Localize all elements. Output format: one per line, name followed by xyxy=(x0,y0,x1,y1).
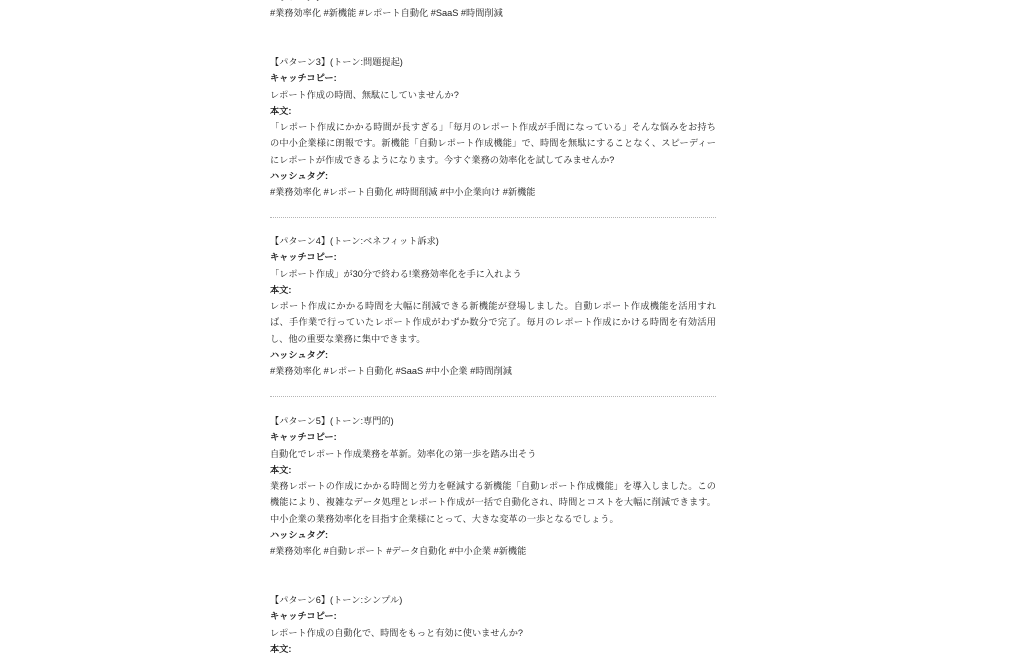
hashtag-line: #業務効率化 #レポート自動化 #時間削減 #中小企業向け #新機能 xyxy=(270,184,716,200)
catch-copy-text: 自動化でレポート作成業務を革新。効率化の第一歩を踏み出そう xyxy=(270,446,716,462)
body-label: 本文: xyxy=(270,103,716,119)
pattern-4-section: 【パターン4】(トーン:ベネフィット訴求) キャッチコピー: 「レポート作成」が… xyxy=(270,233,716,380)
pattern-header: 【パターン5】(トーン:専門的) xyxy=(270,413,716,429)
body-text-line: 「レポート作成にかかる時間が長すぎる」「毎月のレポート作成が手間になっている」そ… xyxy=(270,119,716,135)
previous-pattern-tail: ハッシュタグ: #業務効率化 #新機能 #レポート自動化 #SaaS #時間削減 xyxy=(270,0,716,22)
pattern-header: 【パターン6】(トーン:シンプル) xyxy=(270,592,716,608)
body-text-line: 中小企業の業務効率化を目指す企業様にとって、大きな変革の一歩となるでしょう。 xyxy=(270,511,716,527)
catch-copy-label: キャッチコピー: xyxy=(270,429,716,445)
hashtag-line: #業務効率化 #自動レポート #データ自動化 #中小企業 #新機能 xyxy=(270,543,716,559)
hashtag-label: ハッシュタグ: xyxy=(270,168,716,184)
pattern-6-section: 【パターン6】(トーン:シンプル) キャッチコピー: レポート作成の自動化で、時… xyxy=(270,592,716,657)
hashtag-line: #業務効率化 #レポート自動化 #SaaS #中小企業 #時間削減 xyxy=(270,363,716,379)
pattern-header: 【パターン4】(トーン:ベネフィット訴求) xyxy=(270,233,716,249)
catch-copy-label: キャッチコピー: xyxy=(270,249,716,265)
body-text-line: ば、手作業で行っていたレポート作成がわずか数分で完了。毎月のレポート作成にかける… xyxy=(270,314,716,330)
pattern-5-section: 【パターン5】(トーン:専門的) キャッチコピー: 自動化でレポート作成業務を革… xyxy=(270,413,716,560)
section-divider xyxy=(270,217,716,218)
catch-copy-text: 「レポート作成」が30分で終わる!業務効率化を手に入れよう xyxy=(270,266,716,282)
body-text-line: 業務レポートの作成にかかる時間と労力を軽減する新機能「自動レポート作成機能」を導… xyxy=(270,478,716,494)
hashtag-label: ハッシュタグ: xyxy=(270,347,716,363)
body-text-line: し、他の重要な業務に集中できます。 xyxy=(270,331,716,347)
body-label: 本文: xyxy=(270,282,716,298)
hashtag-label: ハッシュタグ: xyxy=(270,527,716,543)
pattern-3-section: 【パターン3】(トーン:問題提起) キャッチコピー: レポート作成の時間、無駄に… xyxy=(270,54,716,201)
section-divider xyxy=(270,396,716,397)
catch-copy-label: キャッチコピー: xyxy=(270,608,716,624)
body-label: 本文: xyxy=(270,462,716,478)
body-label: 本文: xyxy=(270,641,716,657)
body-text-line: 機能により、複雑なデータ処理とレポート作成が一括で自動化され、時間とコストを大幅… xyxy=(270,494,716,510)
hashtag-line: #業務効率化 #新機能 #レポート自動化 #SaaS #時間削減 xyxy=(270,5,716,21)
body-text-line: の中小企業様に朗報です。新機能「自動レポート作成機能」で、時間を無駄にすることな… xyxy=(270,135,716,151)
catch-copy-label: キャッチコピー: xyxy=(270,70,716,86)
body-text-line: にレポートが作成できるようになります。今すぐ業務の効率化を試してみませんか? xyxy=(270,152,716,168)
pattern-header: 【パターン3】(トーン:問題提起) xyxy=(270,54,716,70)
body-text-line: レポート作成にかかる時間を大幅に削減できる新機能が登場しました。自動レポート作成… xyxy=(270,298,716,314)
catch-copy-text: レポート作成の時間、無駄にしていませんか? xyxy=(270,87,716,103)
catch-copy-text: レポート作成の自動化で、時間をもっと有効に使いませんか? xyxy=(270,625,716,641)
document-page: ハッシュタグ: #業務効率化 #新機能 #レポート自動化 #SaaS #時間削減… xyxy=(0,0,1024,657)
